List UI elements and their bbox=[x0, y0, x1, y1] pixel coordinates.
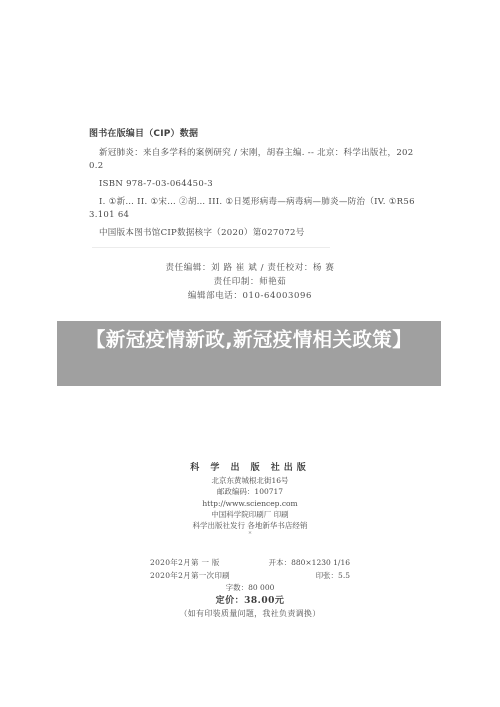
title-banner: 【新冠疫情新政,新冠疫情相关政策】 bbox=[57, 321, 441, 386]
publisher-website: http://www.sciencep.com bbox=[140, 498, 360, 509]
responsible-printing: 责任印制：师艳茹 bbox=[100, 275, 400, 289]
cip-heading: 图书在版编目（CIP）数据 bbox=[89, 128, 419, 141]
cip-line-isbn: ISBN 978-7-03-064450-3 bbox=[89, 178, 419, 191]
editorial-phone: 编辑部电话：010-64003096 bbox=[100, 289, 400, 303]
printer: 中国科学院印刷厂 印刷 bbox=[140, 509, 360, 520]
publisher-address: 北京东黄城根北街16号 bbox=[140, 475, 360, 486]
publisher-name: 科 学 出 版 社出版 bbox=[140, 463, 360, 474]
cip-data-block: 图书在版编目（CIP）数据 新冠肺炎：来自多学科的案例研究 / 宋刚，胡春主编.… bbox=[89, 128, 419, 245]
quality-notice: （如有印装质量问题，我社负责调换） bbox=[150, 608, 350, 621]
document-page: 图书在版编目（CIP）数据 新冠肺炎：来自多学科的案例研究 / 宋刚，胡春主编.… bbox=[0, 0, 500, 707]
cip-line-classification: I. ①新… II. ①宋… ②胡… III. ①日冕形病毒—病毒病—肺炎—防治… bbox=[89, 196, 419, 222]
postal-code: 邮政编码：100717 bbox=[140, 486, 360, 497]
edition-specs: 2020年2月第 一 版 开本：880×1230 1/16 2020年2月第一次… bbox=[150, 557, 350, 621]
price: 定价：38.00元 bbox=[150, 595, 350, 608]
responsible-editors: 责任编辑：刘 路 崔 斌 / 责任校对：杨 赛 bbox=[100, 261, 400, 275]
separator-star: * bbox=[140, 531, 360, 539]
cip-line-record-number: 中国版本图书馆CIP数据核字（2020）第027072号 bbox=[89, 227, 419, 240]
section-divider bbox=[92, 247, 330, 248]
imprint-block: 科 学 出 版 社出版 北京东黄城根北街16号 邮政编码：100717 http… bbox=[140, 463, 360, 539]
sheet-count: 印张：5.5 bbox=[316, 570, 350, 583]
word-count: 字数：80 000 bbox=[150, 582, 350, 595]
printing-date: 2020年2月第一次印刷 bbox=[150, 570, 230, 583]
banner-title: 【新冠疫情新政,新冠疫情相关政策】 bbox=[86, 328, 412, 351]
cip-line-title: 新冠肺炎：来自多学科的案例研究 / 宋刚，胡春主编. -- 北京：科学出版社，2… bbox=[89, 147, 419, 173]
edition-row: 2020年2月第 一 版 开本：880×1230 1/16 bbox=[150, 557, 350, 570]
printing-row: 2020年2月第一次印刷 印张：5.5 bbox=[150, 570, 350, 583]
editors-block: 责任编辑：刘 路 崔 斌 / 责任校对：杨 赛 责任印制：师艳茹 编辑部电话：0… bbox=[100, 261, 400, 303]
distributor: 科学出版社发行 各地新华书店经销 bbox=[140, 520, 360, 531]
format-size: 开本：880×1230 1/16 bbox=[269, 557, 350, 570]
edition-date: 2020年2月第 一 版 bbox=[150, 557, 220, 570]
